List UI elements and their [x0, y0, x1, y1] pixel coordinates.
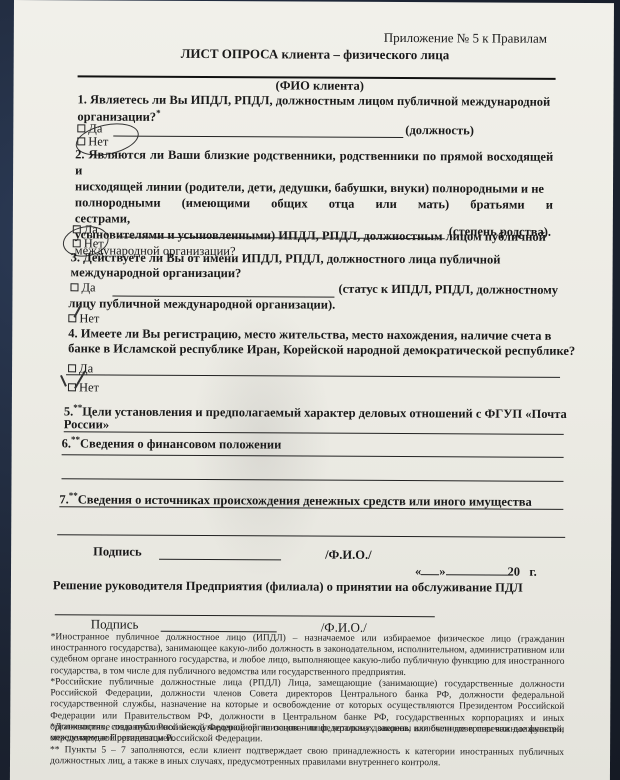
footnote-international-org: *Должностное лицо публичной международно…: [50, 722, 564, 747]
checkbox-yes[interactable]: [68, 364, 76, 372]
date-field[interactable]: «»20 г.: [415, 564, 537, 580]
footnote-ipdl: *Иностранное публичное должностное лицо …: [50, 632, 564, 680]
q6-text: 6.**Сведения о финансовом положении: [62, 424, 282, 452]
q1-field-caption: (должность): [405, 123, 474, 138]
decision-text: Решение руководителя Предприятия (филиал…: [53, 578, 523, 595]
q1-position-field[interactable]: [113, 136, 403, 139]
footnote-items-5-7: ** Пункты 5 – 7 заполняются, если клиент…: [50, 745, 564, 770]
questionnaire-sheet: Приложение № 5 к Правилам ЛИСТ ОПРОСА кл…: [10, 0, 614, 780]
appendix-label: Приложение № 5 к Правилам: [384, 30, 547, 47]
q3-field-caption-2: лицу публичной международной организации…: [68, 296, 335, 312]
signature-2-label: Подпись: [91, 616, 139, 632]
q4-text-line2: банке в Исламской республике Иран, Корей…: [68, 341, 575, 359]
form-title: ЛИСТ ОПРОСА клиента – физического лица: [181, 46, 450, 63]
q2-field-caption: (степень родства).: [449, 224, 551, 240]
q3-option-yes[interactable]: Да: [70, 280, 95, 295]
q4-option-no[interactable]: Нет: [68, 380, 99, 395]
q5-text-line1: 5.**Цели установления и предполагаемый х…: [64, 402, 567, 422]
q2-text: 2. Являются ли Ваши близкие родственники…: [75, 146, 554, 261]
q3-option-no[interactable]: Нет: [68, 311, 99, 326]
checkbox-yes[interactable]: [70, 283, 78, 291]
q3-text-line2: международной организации?: [71, 265, 242, 281]
q3-field-caption-1: (статус к ИПДЛ, РПДЛ, должностному: [338, 282, 558, 298]
q4-handwritten-check-left: [60, 375, 67, 387]
client-name-caption: (ФИО клиента): [276, 78, 364, 93]
signature-1-fio: /Ф.И.О./: [325, 548, 372, 563]
signature-1-label: Подпись: [93, 544, 142, 559]
